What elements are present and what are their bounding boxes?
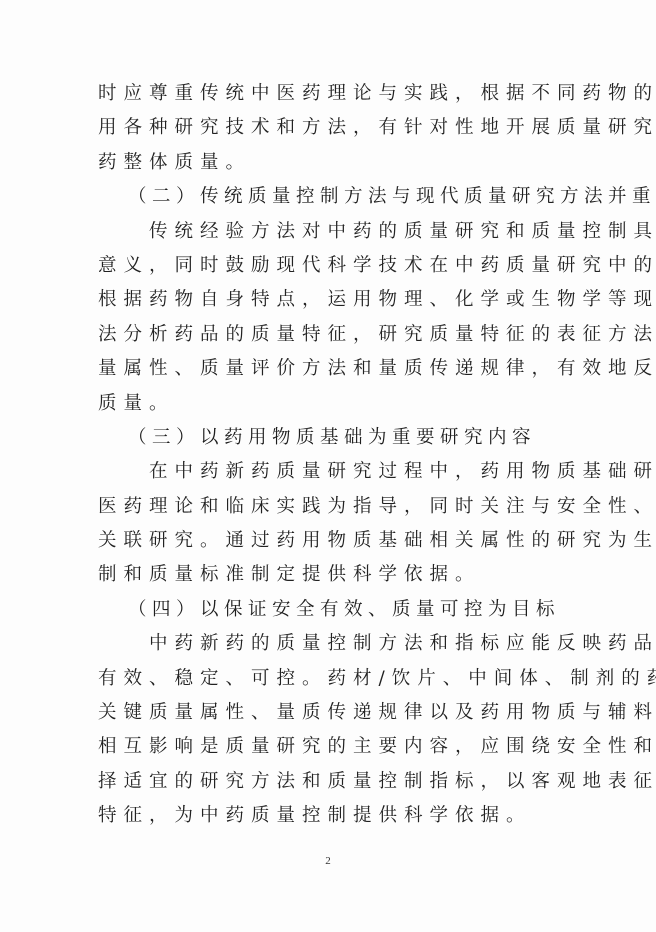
paragraph-line: 中药新药的质量控制方法和指标应能反映药品的安全、 (98, 627, 560, 661)
paragraph-line: 关联研究。通过药用物质基础相关属性的研究为生产过程控 (98, 524, 560, 558)
paragraph-line: 传统经验方法对中药的质量研究和质量控制具有重要 (98, 215, 560, 249)
paragraph-line: 时应尊重传统中医药理论与实践，根据不同药物的特点，采 (98, 77, 560, 111)
document-page: 时应尊重传统中医药理论与实践，根据不同药物的特点，采 用各种研究技术和方法，有针… (0, 0, 656, 932)
section-heading-2: （二）传统质量控制方法与现代质量研究方法并重 (98, 180, 560, 214)
paragraph-line: 药整体质量。 (98, 146, 560, 180)
paragraph-line: 在中药新药质量研究过程中，药用物质基础研究应以中 (98, 455, 560, 489)
page-number: 2 (0, 855, 656, 867)
paragraph-line: 有效、稳定、可控。药材/饮片、中间体、制剂的药用物质及 (98, 662, 560, 696)
paragraph-line: 法分析药品的质量特征，研究质量特征的表征方法、关键质 (98, 318, 560, 352)
paragraph-line: 量属性、质量评价方法和量质传递规律，有效地反映药品的 (98, 352, 560, 386)
paragraph-line: 特征，为中药质量控制提供科学依据。 (98, 799, 560, 833)
paragraph-line: 质量。 (98, 387, 560, 421)
paragraph-line: 意义，同时鼓励现代科学技术在中药质量研究中的应用。应 (98, 249, 560, 283)
paragraph-line: 用各种研究技术和方法，有针对性地开展质量研究，反映中 (98, 111, 560, 145)
paragraph-line: 制和质量标准制定提供科学依据。 (98, 558, 560, 592)
section-heading-4: （四）以保证安全有效、质量可控为目标 (98, 593, 560, 627)
section-heading-3: （三）以药用物质基础为重要研究内容 (98, 421, 560, 455)
paragraph-line: 关键质量属性、量质传递规律以及药用物质与辅料、药包材 (98, 696, 560, 730)
paragraph-line: 相互影响是质量研究的主要内容，应围绕安全性和有效性选 (98, 730, 560, 764)
page-content: 时应尊重传统中医药理论与实践，根据不同药物的特点，采 用各种研究技术和方法，有针… (98, 77, 560, 834)
paragraph-line: 医药理论和临床实践为指导，同时关注与安全性、有效性的 (98, 490, 560, 524)
paragraph-line: 根据药物自身特点，运用物理、化学或生物学等现代研究方 (98, 283, 560, 317)
paragraph-line: 择适宜的研究方法和质量控制指标，以客观地表征中药质量 (98, 765, 560, 799)
